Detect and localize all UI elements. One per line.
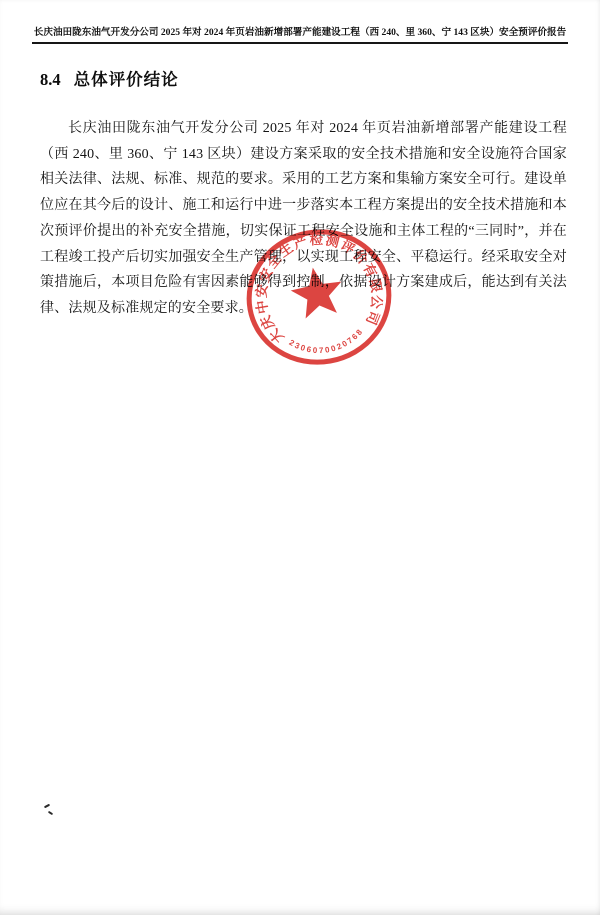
section-title: 总体评价结论 bbox=[74, 66, 179, 90]
section-number: 8.4 bbox=[40, 70, 61, 90]
running-header: 长庆油田陇东油气开发分公司 2025 年对 2024 年页岩油新增部署产能建设工… bbox=[32, 24, 568, 44]
conclusion-paragraph: 长庆油田陇东油气开发分公司 2025 年对 2024 年页岩油新增部署产能建设工… bbox=[40, 116, 567, 322]
section-heading: 8.4 总体评价结论 bbox=[40, 66, 566, 90]
seal-serial-number: 2306070020768 bbox=[286, 325, 368, 361]
document-page: 长庆油田陇东油气开发分公司 2025 年对 2024 年页岩油新增部署产能建设工… bbox=[0, 0, 600, 915]
ink-speck bbox=[42, 803, 58, 819]
